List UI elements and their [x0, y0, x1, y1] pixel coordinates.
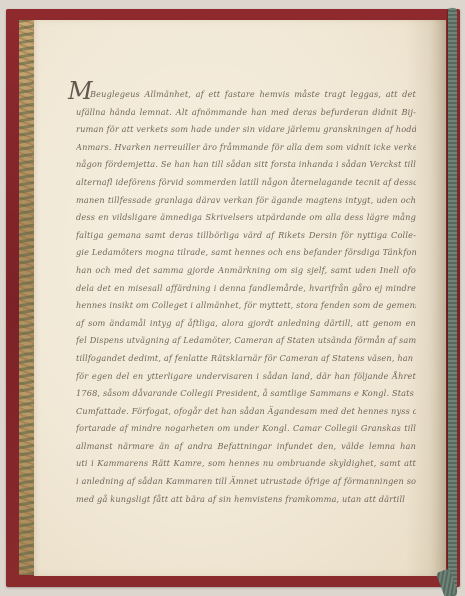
text-line: af som ändamål intyg af åftliga, alora g… — [76, 315, 416, 333]
text-line: fel Dispens utvägning af Ledamöter, Came… — [76, 332, 416, 350]
text-line: Cumfattade. Förfogat, ofogår det han såd… — [76, 403, 416, 421]
text-line: i anledning af sådan Kammaren till Ämnet… — [76, 473, 416, 491]
text-line: för egen del en ytterligare undervisaren… — [76, 368, 416, 386]
text-line: fortarade af mindre nogarheten om under … — [76, 420, 416, 438]
text-line: gie Ledamöters mogna tilrade, samt henne… — [76, 244, 416, 262]
text-line: med gå kungsligt fått att bära af sin he… — [76, 491, 416, 509]
text-line: dela det en misesall affärdning i denna … — [76, 280, 416, 298]
text-line: Anmars. Hvarken nerreuiller äro fråmmand… — [76, 139, 416, 157]
marbled-endpaper — [19, 20, 35, 575]
text-line: allmanst närmare än af andra Befattninga… — [76, 438, 416, 456]
handwritten-text-block: M Beuglegeus Allmänhet, af ett fastare h… — [76, 86, 416, 508]
text-line: faltiga gemana samt deras tillbörliga vä… — [76, 227, 416, 245]
text-line: ufällna hända lemnat. Alt afnömmande han… — [76, 104, 416, 122]
text-line: Beuglegeus Allmänhet, af ett fastare hem… — [76, 86, 416, 104]
text-line: hennes insikt om Colleget i allmänhet, f… — [76, 297, 416, 315]
text-line: manen tillfessade granlaga därav verkan … — [76, 192, 416, 210]
bookmark-ribbon — [448, 8, 457, 596]
text-line: han och med det samma gjorde Anmärkning … — [76, 262, 416, 280]
text-line: uti i Kammarens Rätt Kamre, som hennes n… — [76, 455, 416, 473]
manuscript-scene: M Beuglegeus Allmänhet, af ett fastare h… — [0, 0, 465, 596]
text-line: tillfogandet dedimt, af fenlatte Rätskla… — [76, 350, 416, 368]
text-line: ruman för att verkets som hade under sin… — [76, 121, 416, 139]
text-line: alternafl ideförens förvid sommerden lat… — [76, 174, 416, 192]
text-line: dess en vildsligare ämnediga Skrivelsers… — [76, 209, 416, 227]
text-line: någon fördemjetta. Se han han till sådan… — [76, 156, 416, 174]
text-line: 1768, såsom dåvarande Collegii President… — [76, 385, 416, 403]
